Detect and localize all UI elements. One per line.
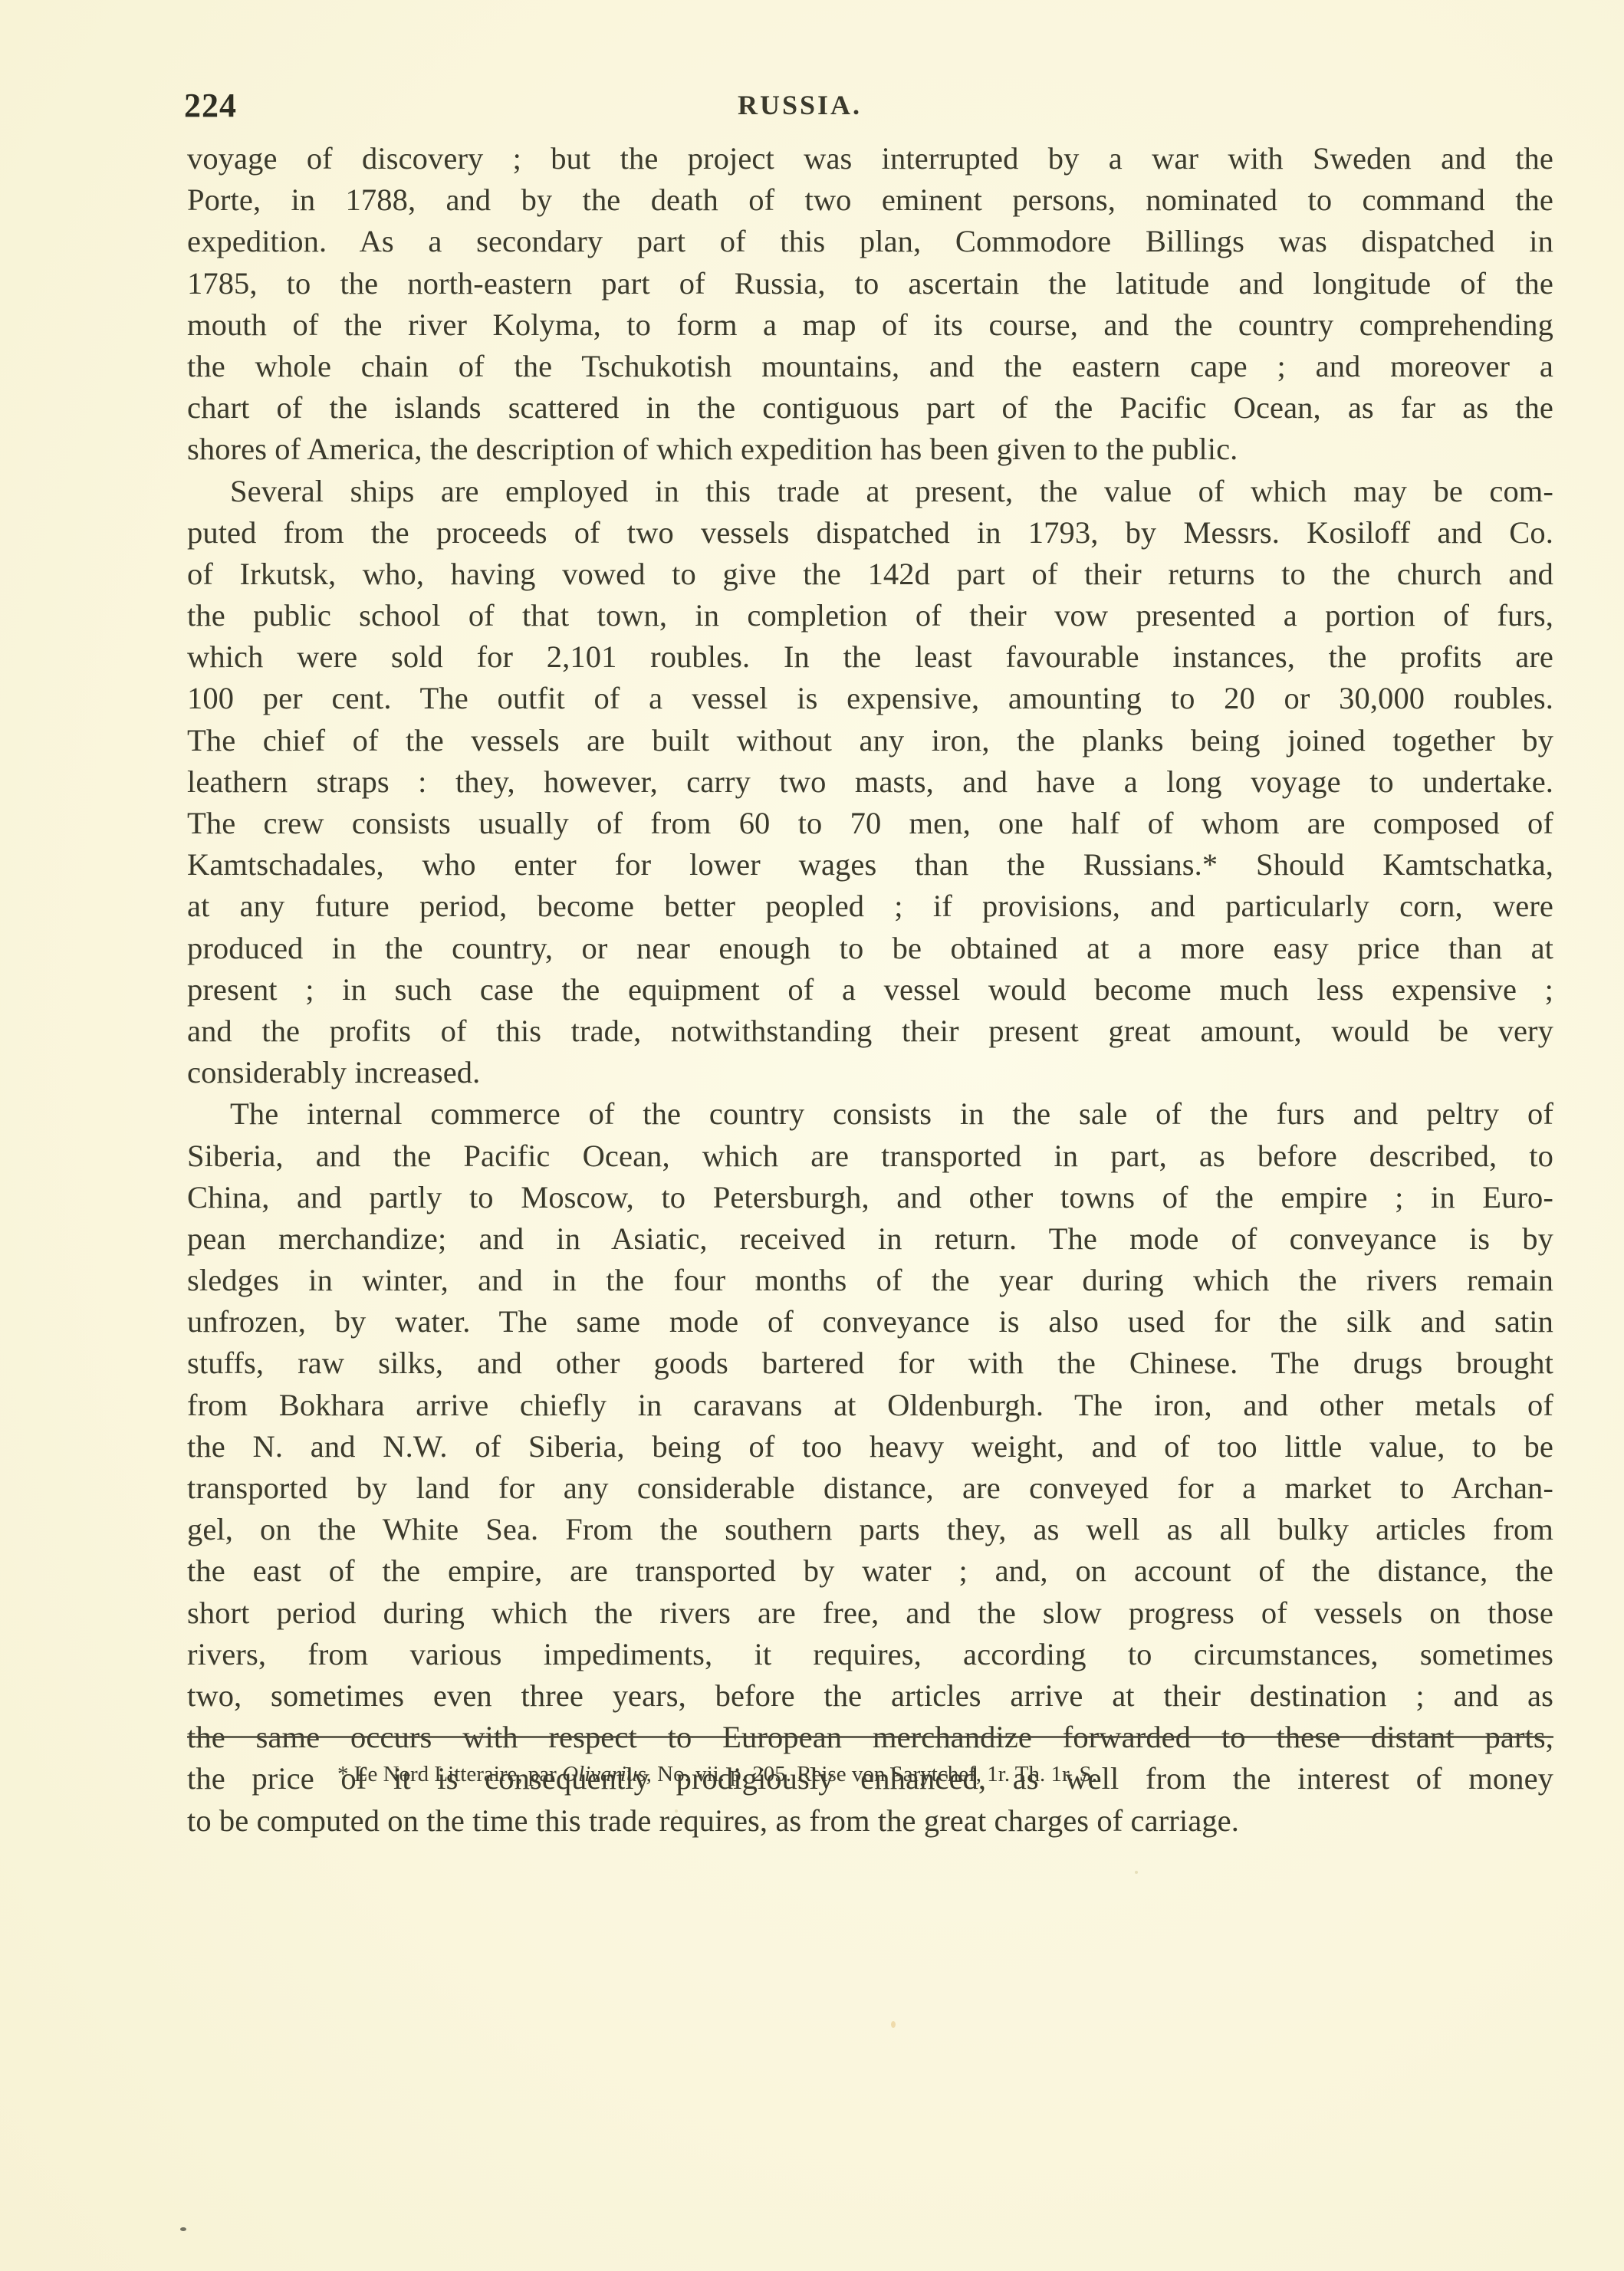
text-line: present ; in such case the equipment of … (187, 969, 1553, 1011)
text-line: stuffs, raw silks, and other goods barte… (187, 1343, 1553, 1384)
text-line: the N. and N.W. of Siberia, being of too… (187, 1426, 1553, 1467)
paper-speck (675, 1809, 678, 1813)
text-line: puted from the proceeds of two vessels d… (187, 512, 1553, 554)
text-line: at any future period, become better peop… (187, 886, 1553, 927)
text-line: the whole chain of the Tschukotish mount… (187, 346, 1553, 387)
text-line: transported by land for any considerable… (187, 1467, 1553, 1509)
text-line: The crew consists usually of from 60 to … (187, 803, 1553, 844)
text-line: expedition. As a secondary part of this … (187, 221, 1553, 262)
text-line: produced in the country, or near enough … (187, 928, 1553, 969)
text-line: the east of the empire, are transported … (187, 1550, 1553, 1592)
text-line: two, sometimes even three years, before … (187, 1675, 1553, 1717)
text-line: Several ships are employed in this trade… (187, 471, 1553, 512)
text-line: unfrozen, by water. The same mode of con… (187, 1301, 1553, 1343)
footnote: * Le Nord Litteraire, par Olivarius, No.… (337, 1762, 1097, 1787)
text-line: Siberia, and the Pacific Ocean, which ar… (187, 1135, 1553, 1177)
text-line: of Irkutsk, who, having vowed to give th… (187, 554, 1553, 595)
text-line: and the profits of this trade, notwithst… (187, 1011, 1553, 1052)
text-line: 1785, to the north-eastern part of Russi… (187, 263, 1553, 304)
text-line: Kamtschadales, who enter for lower wages… (187, 844, 1553, 886)
footnote-author: Olivarius, (562, 1762, 652, 1786)
text-line: 100 per cent. The outfit of a vessel is … (187, 678, 1553, 719)
text-line: leathern straps : they, however, carry t… (187, 761, 1553, 803)
text-line: mouth of the river Kolyma, to form a map… (187, 304, 1553, 346)
text-line: to be computed on the time this trade re… (187, 1800, 1553, 1842)
text-line: shores of America, the description of wh… (187, 429, 1553, 470)
text-line: Porte, in 1788, and by the death of two … (187, 179, 1553, 221)
text-line: short period during which the rivers are… (187, 1592, 1553, 1634)
footnote-text-before: Le Nord Litteraire, par (349, 1762, 563, 1786)
text-line: gel, on the White Sea. From the southern… (187, 1509, 1553, 1550)
text-line: The internal commerce of the country con… (187, 1093, 1553, 1135)
text-line: rivers, from various impediments, it req… (187, 1634, 1553, 1675)
text-line: the public school of that town, in compl… (187, 595, 1553, 636)
text-line: chart of the islands scattered in the co… (187, 387, 1553, 429)
footnote-marker: * (337, 1762, 349, 1786)
body-text: voyage of discovery ; but the project wa… (187, 138, 1553, 1842)
footnote-rule (187, 1736, 1553, 1738)
book-page: 224 RUSSIA. voyage of discovery ; but th… (0, 0, 1624, 2271)
text-line: from Bokhara arrive chiefly in caravans … (187, 1385, 1553, 1426)
text-line: pean merchandize; and in Asiatic, receiv… (187, 1218, 1553, 1260)
text-line: China, and partly to Moscow, to Petersbu… (187, 1177, 1553, 1218)
page-number: 224 (184, 86, 237, 125)
text-line: considerably increased. (187, 1052, 1553, 1093)
paper-speck (180, 2227, 186, 2231)
running-title: RUSSIA. (738, 89, 862, 121)
text-line: The chief of the vessels are built witho… (187, 720, 1553, 761)
running-head: 224 RUSSIA. (184, 86, 1553, 124)
paper-speck (1135, 1871, 1138, 1874)
text-line: which were sold for 2,101 roubles. In th… (187, 636, 1553, 678)
text-line: sledges in winter, and in the four month… (187, 1260, 1553, 1301)
paper-speck (891, 2021, 896, 2028)
footnote-text-after: No. vii. p. 205. Reise von Sarytchef, 1r… (652, 1762, 1097, 1786)
text-line: voyage of discovery ; but the project wa… (187, 138, 1553, 179)
